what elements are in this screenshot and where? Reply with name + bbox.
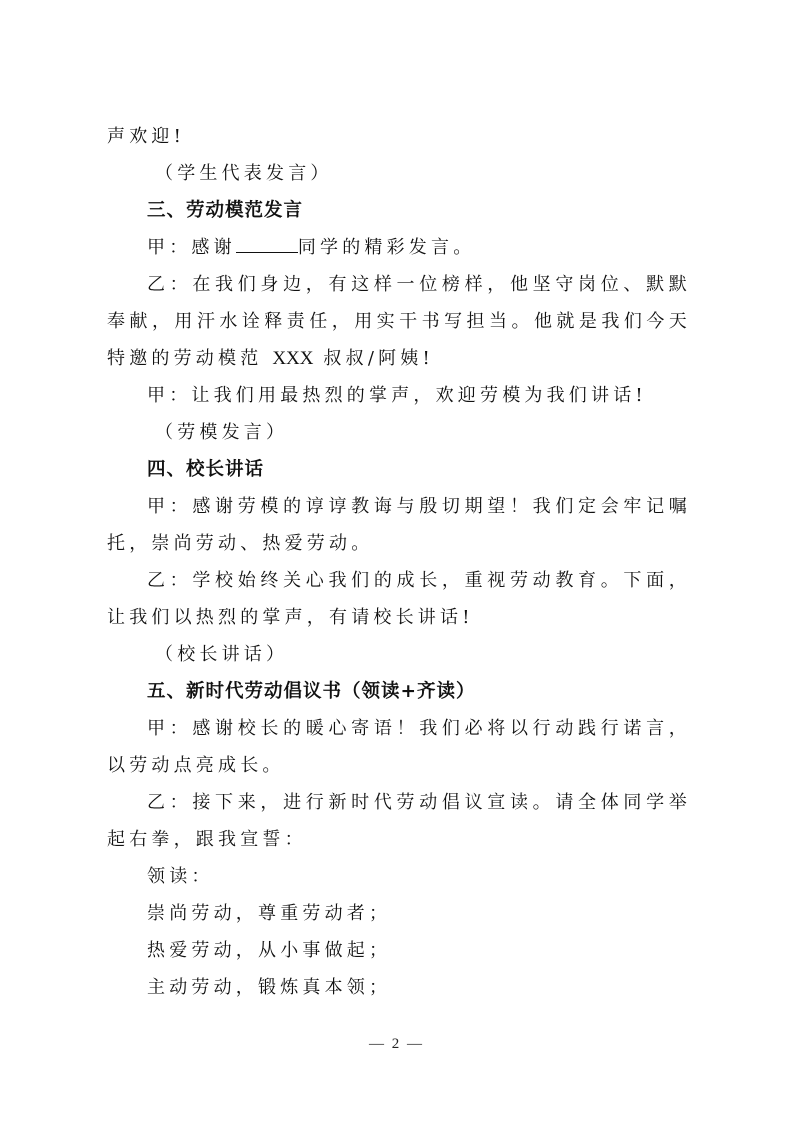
paragraph-yi-invite-principal: 乙：学校始终关心我们的成长，重视劳动教育。下面，让我们以热烈的掌声，有请校长讲话… <box>107 562 691 636</box>
section-heading-5: 五、新时代劳动倡议书（领读+齐读） <box>107 673 691 710</box>
text-segment: 同学的精彩发言。 <box>298 237 476 258</box>
page-number: — 2 — <box>0 1036 793 1053</box>
placeholder-name: XXX <box>272 348 313 369</box>
pledge-line: 崇尚劳动，尊重劳动者； <box>107 895 691 932</box>
paragraph-jia-thanks: 甲：感谢同学的精彩发言。 <box>107 229 691 266</box>
stage-direction-principal-speech: （校长讲话） <box>107 636 691 673</box>
paragraph-lead-read-label: 领读： <box>107 858 691 895</box>
document-body: 声欢迎! （学生代表发言） 三、劳动模范发言 甲：感谢同学的精彩发言。 乙：在我… <box>107 118 691 1006</box>
paragraph-yi-pledge-intro: 乙：接下来，进行新时代劳动倡议宣读。请全体同学举起右拳，跟我宣誓： <box>107 784 691 858</box>
text-segment: 叔叔/阿姨! <box>314 348 434 369</box>
text-segment: 甲：感谢 <box>147 237 236 258</box>
section-heading-4: 四、校长讲话 <box>107 451 691 488</box>
paragraph-jia-welcome: 甲：让我们用最热烈的掌声，欢迎劳模为我们讲话! <box>107 377 691 414</box>
pledge-line: 热爱劳动，从小事做起； <box>107 932 691 969</box>
paragraph-jia-thanks-principal: 甲：感谢校长的暖心寄语！我们必将以行动践行诺言，以劳动点亮成长。 <box>107 710 691 784</box>
stage-direction-model-speech: （劳模发言） <box>107 414 691 451</box>
paragraph-continuation: 声欢迎! <box>107 118 691 155</box>
fill-in-blank <box>236 236 298 253</box>
section-heading-3: 三、劳动模范发言 <box>107 192 691 229</box>
pledge-line: 主动劳动，锻炼真本领； <box>107 969 691 1006</box>
document-page: 声欢迎! （学生代表发言） 三、劳动模范发言 甲：感谢同学的精彩发言。 乙：在我… <box>0 0 793 1122</box>
paragraph-jia-thanks-model: 甲：感谢劳模的谆谆教诲与殷切期望！我们定会牢记嘱托，崇尚劳动、热爱劳动。 <box>107 488 691 562</box>
paragraph-yi-introduce-model: 乙：在我们身边，有这样一位榜样，他坚守岗位、默默奉献，用汗水诠释责任，用实干书写… <box>107 266 691 377</box>
stage-direction-student-speech: （学生代表发言） <box>107 155 691 192</box>
